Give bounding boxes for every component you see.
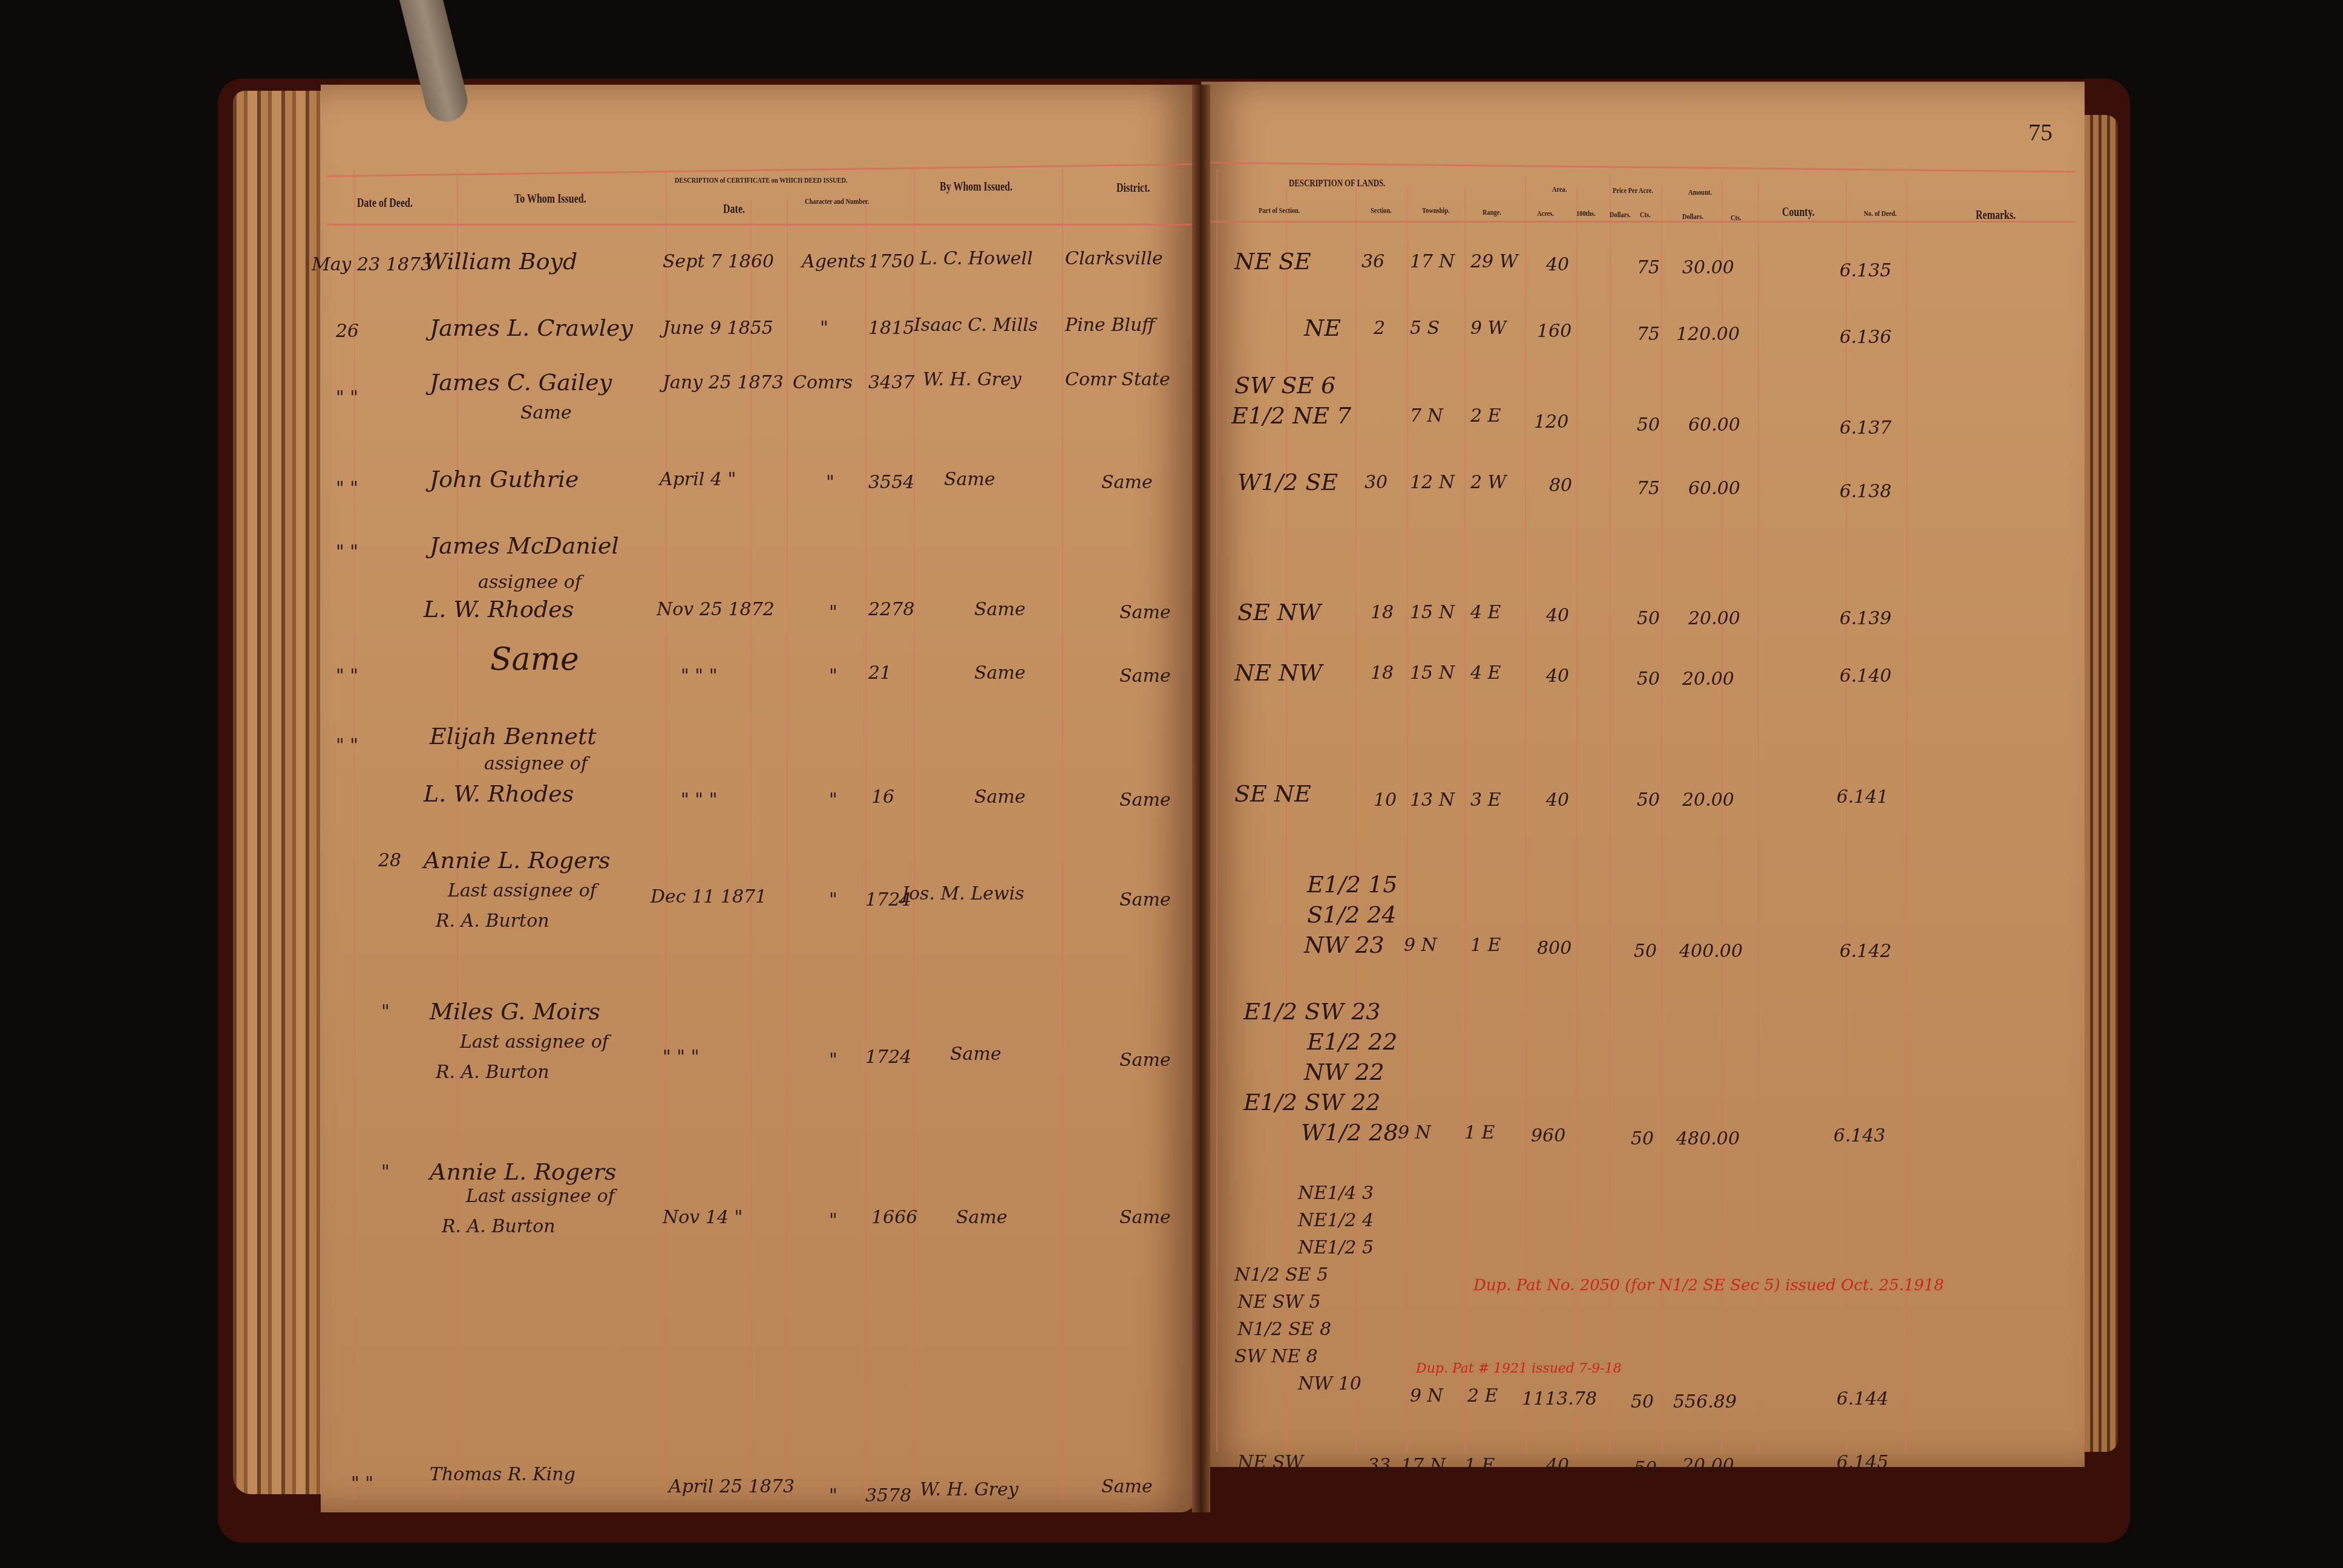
col-rule (1846, 181, 1847, 1452)
entry-name-line2: assignee of (478, 572, 582, 593)
entry-amount: 20.00 (1688, 608, 1740, 629)
entry-township: 15 N (1410, 662, 1455, 684)
entry-amount: 556.89 (1673, 1391, 1737, 1413)
entry-name-line3: R. A. Burton (436, 910, 549, 932)
entry-date: " " (336, 735, 358, 756)
entry-part-line: E1/2 NE 7 (1231, 402, 1351, 429)
entry-part-line: W1/2 28 (1301, 1119, 1398, 1146)
entry-part-line: NE1/2 4 (1298, 1210, 1374, 1231)
header-amount-dollars: Dollars. (1682, 212, 1703, 221)
entry-number: 3578 (865, 1485, 911, 1506)
entry-price: 75 (1637, 478, 1660, 499)
entry-issued-by: Same (974, 662, 1026, 684)
entry-date: " " (336, 478, 358, 499)
entry-name: Same (490, 641, 579, 678)
entry-part: SE NE (1234, 780, 1311, 807)
entry-name: James L. Crawley (430, 315, 633, 341)
entry-date: " " (336, 541, 358, 563)
entry-name-line2: Last assignee of (448, 880, 597, 901)
header-remarks: Remarks. (1976, 209, 2016, 223)
entry-part-line: N1/2 SE 8 (1237, 1319, 1331, 1340)
book-gutter (1192, 85, 1210, 1512)
entry-district: Same (1101, 472, 1153, 493)
header-cert-date: Date. (723, 203, 745, 217)
entry-township: 9 N (1398, 1122, 1431, 1143)
entry-deed-no: 6.140 (1840, 665, 1892, 687)
page-edges-right (2082, 115, 2118, 1452)
red-annotation: Dup. Pat No. 2050 (for N1/2 SE Sec 5) is… (1473, 1276, 1944, 1295)
entry-date: 26 (336, 321, 359, 342)
entry-amount: 30.00 (1682, 257, 1734, 278)
entry-range: 1 E (1464, 1122, 1495, 1143)
entry-part-line: E1/2 SW 23 (1244, 998, 1381, 1025)
entry-issued-by: W. H. Grey (920, 1479, 1018, 1500)
entry-part-line: S1/2 24 (1307, 901, 1397, 928)
entry-district: Same (1119, 1050, 1171, 1071)
entry-name-line3: R. A. Burton (436, 1062, 549, 1083)
col-rule (750, 200, 752, 1500)
header-character-number: Character and Number. (805, 197, 869, 206)
header-date-of-deed: Date of Deed. (357, 197, 413, 211)
header-area: Area. (1552, 185, 1567, 194)
entry-name-line3: L. W. Rhodes (424, 596, 574, 622)
entry-issued-by: Same (950, 1044, 1001, 1065)
entry-part-line: NW 22 (1304, 1059, 1384, 1085)
entry-range: 2 E (1467, 1385, 1498, 1406)
col-rule (1525, 175, 1526, 1452)
entry-cert-date: Nov 25 1872 (657, 599, 775, 620)
header-acres: Acres. (1537, 209, 1554, 218)
entry-township: 15 N (1410, 602, 1455, 623)
entry-price: 50 (1637, 668, 1660, 690)
entry-amount: 480.00 (1676, 1128, 1740, 1149)
entry-number: 21 (868, 662, 891, 684)
entry-character: Agents (802, 251, 865, 272)
entry-deed-no: 6.136 (1840, 327, 1892, 348)
entry-township: 12 N (1410, 472, 1455, 493)
entry-deed-no: 6.143 (1833, 1125, 1886, 1146)
entry-cert-date: June 9 1855 (663, 318, 773, 339)
entry-name-line2: Last assignee of (466, 1186, 615, 1207)
entry-acres: 120 (1534, 411, 1568, 433)
entry-name: John Guthrie (430, 466, 579, 492)
entry-part-line: NE SW 5 (1237, 1292, 1321, 1313)
header-amount: Amount. (1688, 188, 1712, 197)
col-rule (1906, 181, 1907, 1452)
header-bottom-rule-right (1210, 221, 2076, 223)
entry-part: NE (1304, 315, 1341, 341)
header-price-cts: Cts. (1640, 210, 1651, 220)
entry-range: 2 W (1470, 472, 1506, 493)
entry-name-line2: Same (520, 402, 572, 423)
entry-character: Comrs (793, 372, 853, 393)
entry-price: 50 (1631, 1128, 1654, 1149)
header-no-of-deed: No. of Deed. (1864, 209, 1896, 218)
entry-section: 18 (1371, 662, 1394, 684)
entry-district: Comr State (1065, 369, 1170, 390)
entry-part-line: SW NE 8 (1234, 1346, 1318, 1367)
entry-character: " (829, 889, 837, 910)
entry-cert-date: " " " (681, 665, 717, 687)
entry-deed-no: 6.144 (1837, 1388, 1889, 1410)
col-rule (787, 200, 788, 1500)
entry-name: Miles G. Moirs (430, 998, 600, 1025)
entry-character: " (829, 602, 837, 623)
entry-range: 3 E (1470, 789, 1501, 811)
entry-price: 50 (1637, 414, 1660, 436)
entry-acres: 40 (1546, 665, 1569, 687)
entry-deed-no: 6.137 (1840, 417, 1892, 439)
col-rule (914, 169, 915, 1500)
entry-range: 1 E (1464, 1455, 1495, 1476)
entry-name: Thomas R. King (430, 1464, 575, 1485)
red-annotation: Dup. Pat # 1921 issued 7-9-18 (1416, 1361, 1622, 1376)
entry-township: 17 N (1410, 251, 1455, 272)
entry-section: 10 (1374, 789, 1397, 811)
entry-cert-date: " " " (681, 789, 717, 811)
entry-date: 28 (378, 850, 401, 871)
entry-section: 36 (1362, 251, 1384, 272)
entry-range: 29 W (1470, 251, 1518, 272)
entry-price: 75 (1637, 257, 1660, 278)
col-rule (1062, 169, 1063, 1500)
header-amount-cts: Cts. (1731, 213, 1742, 223)
entry-issued-by: Jos. M. Lewis (902, 883, 1024, 904)
entry-district: Clarksville (1065, 248, 1163, 269)
col-rule (1355, 188, 1357, 1452)
entry-township: 5 S (1410, 318, 1440, 339)
header-county: County. (1782, 206, 1815, 220)
entry-number: 3554 (868, 472, 914, 493)
entry-number: 1750 (868, 251, 914, 272)
entry-name: William Boyd (424, 248, 577, 275)
header-certificate-group: DESCRIPTION of CERTIFICATE on WHICH DEED… (675, 175, 848, 185)
header-price-dollars: Dollars. (1610, 210, 1631, 220)
entry-character: " (826, 472, 834, 493)
entry-name-line3: L. W. Rhodes (424, 780, 574, 807)
entry-cert-date: April 25 1873 (669, 1476, 795, 1497)
entry-price: 50 (1637, 789, 1660, 811)
entry-number: 1724 (865, 1047, 911, 1068)
entry-date: " " (336, 387, 358, 408)
entry-amount: 60.00 (1688, 478, 1740, 499)
entry-acres: 40 (1546, 1455, 1569, 1476)
entry-name: Elijah Bennett (430, 723, 596, 750)
entry-district: Pine Bluff (1065, 315, 1155, 336)
entry-issued-by: Same (974, 786, 1026, 808)
entry-district: Same (1119, 889, 1171, 910)
entry-part: SE NW (1237, 599, 1321, 626)
entry-amount: 20.00 (1682, 789, 1734, 811)
entry-deed-no: 6.141 (1837, 786, 1889, 808)
entry-deed-no: 6.135 (1840, 260, 1892, 281)
entry-acres: 960 (1531, 1125, 1565, 1146)
entry-acres: 160 (1537, 321, 1571, 342)
entry-name: Annie L. Rogers (424, 847, 610, 874)
entry-part: NE SE (1234, 248, 1311, 275)
entry-part-line: NW 23 (1304, 932, 1384, 958)
entry-part-line: NW 10 (1298, 1373, 1362, 1394)
entry-name: James McDaniel (430, 532, 619, 559)
entry-character: " (829, 1050, 837, 1071)
entry-number: 1666 (871, 1207, 917, 1228)
entry-amount: 120.00 (1676, 324, 1740, 345)
header-township: Township. (1422, 206, 1450, 215)
entry-part-line: N1/2 SE 5 (1234, 1264, 1328, 1285)
entry-issued-by: Same (956, 1207, 1008, 1228)
entry-district: Same (1119, 1207, 1171, 1228)
entry-deed-no: 6.145 (1837, 1452, 1889, 1473)
entry-acres: 40 (1546, 605, 1569, 626)
entry-character: " (820, 318, 828, 339)
col-rule (1216, 169, 1217, 1452)
entry-part-line: E1/2 22 (1307, 1028, 1397, 1055)
header-100ths: 100ths. (1576, 209, 1596, 218)
entry-township: 7 N (1410, 405, 1443, 426)
entry-township: 17 N (1401, 1455, 1446, 1476)
entry-section: 33 (1368, 1455, 1391, 1476)
col-rule (865, 200, 867, 1500)
entry-price: 50 (1634, 1458, 1657, 1479)
entry-range: 4 E (1470, 662, 1501, 684)
entry-township: 9 N (1410, 1385, 1443, 1406)
entry-deed-no: 6.142 (1840, 941, 1892, 962)
header-price-per-acre: Price Per Acre. (1613, 186, 1653, 195)
entry-amount: 400.00 (1679, 941, 1743, 962)
entry-issued-by: L. C. Howell (920, 248, 1033, 269)
entry-issued-by: W. H. Grey (923, 369, 1021, 390)
entry-acres: 1113.78 (1522, 1388, 1597, 1410)
right-page (1201, 82, 2085, 1467)
entry-district: Same (1119, 602, 1171, 623)
entry-section: 30 (1365, 472, 1388, 493)
entry-character: " (829, 1485, 837, 1506)
entry-range: 4 E (1470, 602, 1501, 623)
entry-cert-date: Dec 11 1871 (650, 886, 767, 907)
col-rule (354, 169, 355, 1500)
header-lands-group: DESCRIPTION OF LANDS. (1289, 178, 1385, 189)
entry-date: " " (351, 1473, 373, 1494)
col-rule (1758, 181, 1759, 1452)
col-rule (1576, 188, 1578, 1452)
entry-number: 2278 (868, 599, 914, 620)
entry-deed-no: 6.139 (1840, 608, 1892, 629)
entry-part: W1/2 SE (1237, 469, 1338, 495)
entry-character: " (829, 665, 837, 687)
col-rule (1722, 181, 1723, 1452)
entry-amount: 20.00 (1682, 668, 1734, 690)
header-district: District. (1116, 181, 1150, 195)
entry-cert-date: Sept 7 1860 (663, 251, 774, 272)
entry-township: 13 N (1410, 789, 1455, 811)
entry-issued-by: Same (974, 599, 1026, 620)
entry-number: 3437 (868, 372, 914, 393)
entry-price: 75 (1637, 324, 1660, 345)
entry-name-line2: Last assignee of (460, 1031, 609, 1053)
page-number: 75 (2028, 118, 2053, 146)
entry-amount: 60.00 (1688, 414, 1740, 436)
entry-issued-by: Isaac C. Mills (914, 315, 1038, 336)
entry-part: NE SW (1237, 1452, 1303, 1473)
entry-price: 50 (1631, 1391, 1654, 1413)
entry-issued-by: Same (944, 469, 995, 490)
col-rule (1407, 188, 1408, 1452)
entry-section: 2 (1374, 318, 1385, 339)
entry-cert-date: Nov 14 " (663, 1207, 742, 1228)
entry-township: 9 N (1404, 935, 1437, 956)
entry-character: " (829, 1210, 837, 1231)
entry-acres: 800 (1537, 938, 1571, 959)
col-rule (1610, 175, 1611, 1452)
entry-acres: 80 (1549, 475, 1572, 496)
entry-range: 9 W (1470, 318, 1506, 339)
entry-price: 50 (1634, 941, 1657, 962)
header-by-whom-issued: By Whom Issued. (940, 180, 1012, 194)
entry-district: Same (1119, 789, 1171, 811)
entry-section: 18 (1371, 602, 1394, 623)
header-to-whom-issued: To Whom Issued. (514, 192, 586, 206)
entry-range: 1 E (1470, 935, 1501, 956)
entry-district: Same (1101, 1476, 1153, 1497)
entry-part-line: NE1/2 5 (1298, 1237, 1374, 1258)
entry-number: 16 (871, 786, 894, 808)
entry-price: 50 (1637, 608, 1660, 629)
entry-part: NE NW (1234, 659, 1322, 686)
header-part-of-section: Part of Section. (1259, 206, 1300, 215)
col-rule (1464, 188, 1466, 1452)
entry-name-line2: assignee of (484, 753, 588, 774)
entry-cert-date: " " " (663, 1047, 699, 1068)
entry-name: James C. Gailey (430, 369, 612, 396)
header-section: Section. (1371, 206, 1392, 215)
entry-name: Annie L. Rogers (430, 1158, 616, 1185)
col-rule (1661, 188, 1662, 1452)
entry-acres: 40 (1546, 254, 1569, 275)
entry-amount: 20.00 (1682, 1455, 1734, 1476)
entry-part-line: E1/2 15 (1307, 871, 1397, 898)
entry-part-line: SW SE 6 (1234, 372, 1335, 399)
entry-date: " (381, 1161, 390, 1183)
entry-acres: 40 (1546, 789, 1569, 811)
entry-date: May 23 1873 (312, 254, 432, 275)
entry-deed-no: 6.138 (1840, 481, 1892, 502)
entry-part-line: NE1/4 3 (1298, 1183, 1374, 1204)
entry-part-line: E1/2 SW 22 (1244, 1089, 1381, 1116)
header-range: Range. (1483, 207, 1501, 217)
entry-district: Same (1119, 665, 1171, 687)
entry-name-line3: R. A. Burton (442, 1216, 555, 1237)
entry-range: 2 E (1470, 405, 1501, 426)
entry-number: 1815 (868, 318, 914, 339)
entry-cert-date: Jany 25 1873 (663, 372, 784, 393)
entry-character: " (829, 789, 837, 811)
page-edges-left (233, 91, 324, 1494)
entry-cert-date: April 4 " (660, 469, 736, 490)
entry-date: " (381, 1001, 390, 1022)
entry-date: " " (336, 665, 358, 687)
col-rule (666, 169, 667, 1500)
